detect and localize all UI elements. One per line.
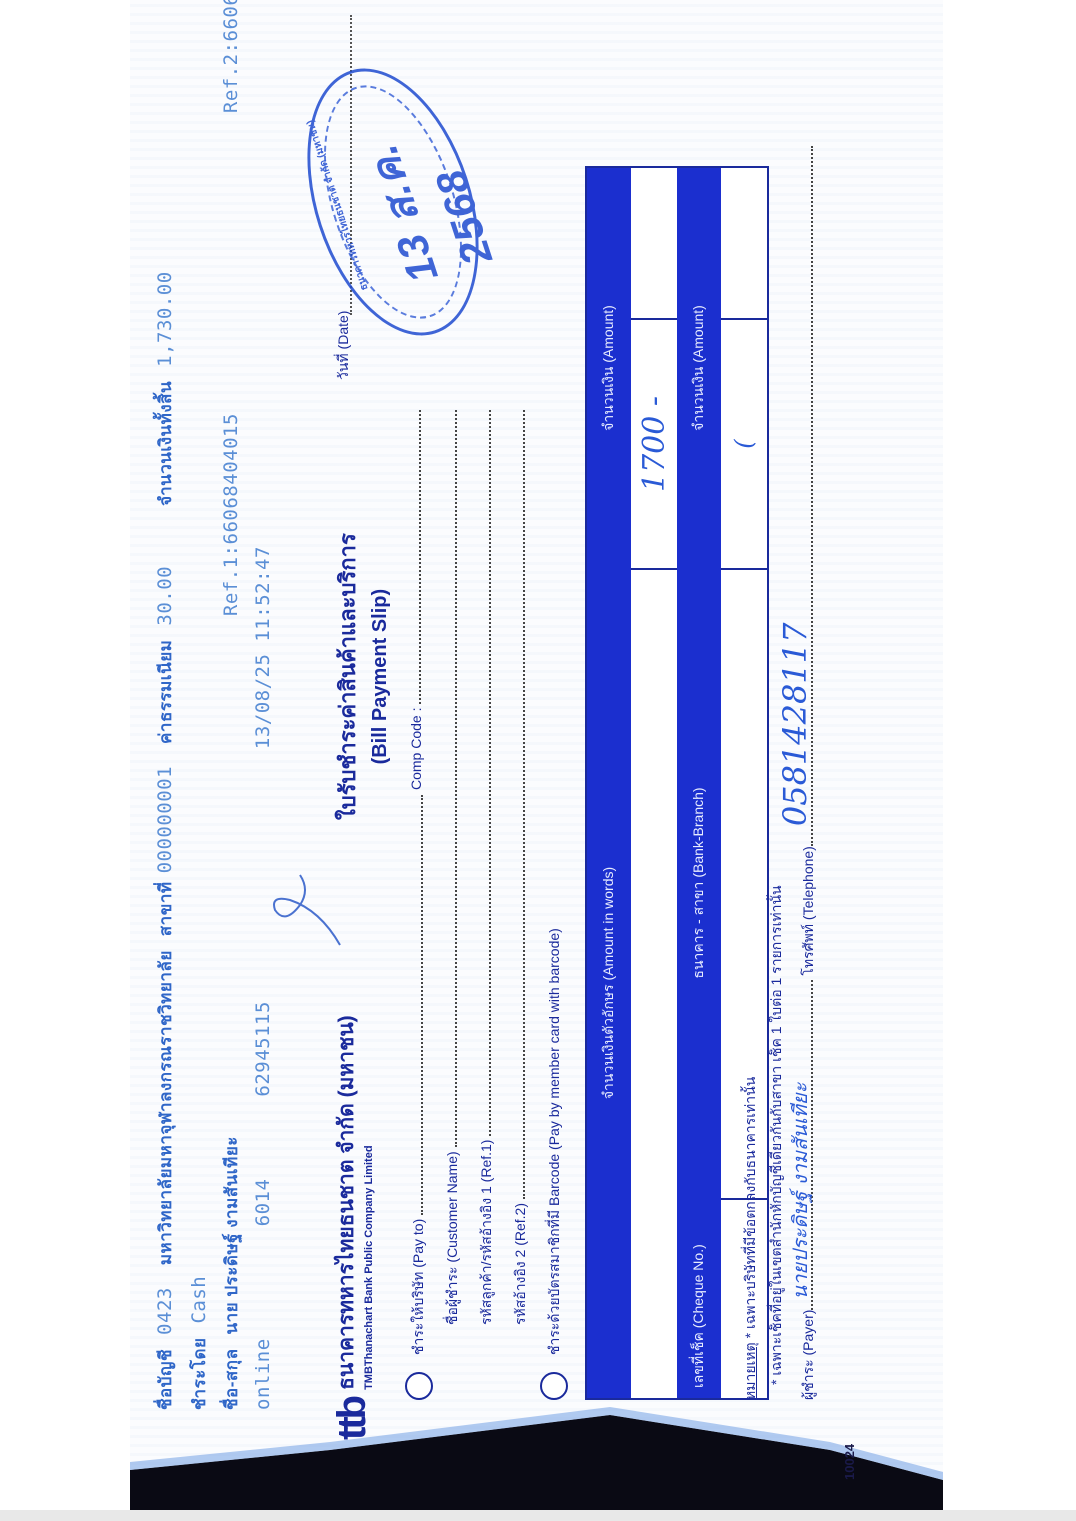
bank-branch-header: ธนาคาร - สาขา (Bank-Branch) bbox=[688, 568, 710, 1198]
customer-name-field[interactable]: ชื่อผู้ชำระ (Customer Name) bbox=[442, 410, 464, 1325]
barcode-option-label: ชำระด้วยบัตรสมาชิกที่มี Barcode (Pay by … bbox=[544, 928, 566, 1355]
table-row: 1700 - bbox=[631, 168, 677, 1398]
print-line-4: online60146294511513/08/25 11:52:47 bbox=[252, 524, 274, 1410]
payer-signature: นายประดิษฐ์ งามสันเทียะ bbox=[784, 1083, 816, 1300]
amount-header: จำนวนเงิน (Amount) bbox=[598, 168, 620, 568]
comp-code-field[interactable]: Comp Code : bbox=[408, 410, 424, 790]
bill-payment-slip: ชื่อบัญชี0423มหาวิทยาลัยมหาจุฬาลงกรณราชว… bbox=[130, 0, 943, 1510]
screen-bottom-bar bbox=[0, 1510, 1076, 1521]
cheque-no-header: เลขที่เช็ค (Cheque No.) bbox=[688, 1198, 710, 1398]
phone-label: โทรศัพท์ (Telephone) bbox=[798, 846, 820, 975]
phone-value: 0581428117 bbox=[776, 623, 814, 827]
amount-field[interactable]: 1700 - bbox=[631, 318, 677, 568]
scanned-document: ชื่อบัญชี0423มหาวิทยาลัยมหาจุฬาลงกรณราชว… bbox=[130, 0, 943, 1510]
print-line-3: ชื่อ-สกุลนาย ประดิษฐ์ งามสันเทียะRef.1:6… bbox=[218, 0, 245, 1410]
payer-signature-field[interactable]: นายประดิษฐ์ งามสันเทียะ bbox=[810, 980, 813, 1310]
table-header-row: เลขที่เช็ค (Cheque No.) ธนาคาร - สาขา (B… bbox=[677, 168, 721, 1398]
payer-label: ผู้ชำระ (Payer) bbox=[798, 1310, 820, 1400]
ref1-field[interactable]: รหัสลูกค้า/รหัสอ้างอิง 1 (Ref.1) bbox=[476, 410, 498, 1325]
pay-to-field[interactable]: ชำระให้บริษัท (Pay to) bbox=[408, 795, 430, 1355]
table-header-row: จำนวนเงินตัวอักษร (Amount in words) จำนว… bbox=[587, 168, 631, 1398]
remark-line-1: หมายเหตุ* เฉพาะบริษัทที่มีข้อตกลงกับธนาค… bbox=[740, 1077, 762, 1400]
ref2-field[interactable]: รหัสอ้างอิง 2 (Ref.2) bbox=[510, 410, 532, 1325]
bank-logo: ttb ธนาคารทหารไทยธนชาต จำกัด (มหาชน) TMB… bbox=[330, 1015, 375, 1440]
form-code: 10024 bbox=[842, 1444, 857, 1480]
print-line-1: ชื่อบัญชี0423มหาวิทยาลัยมหาจุฬาลงกรณราชว… bbox=[152, 249, 179, 1410]
amount2-field[interactable]: ( bbox=[721, 318, 767, 568]
date-label: วันที่ (Date) bbox=[333, 311, 355, 380]
teller-initial-mark bbox=[260, 870, 350, 950]
amount-in-words-field[interactable] bbox=[631, 568, 677, 1398]
print-line-2: ชำระโดยCash bbox=[186, 1254, 213, 1410]
barcode-radio[interactable] bbox=[540, 1372, 568, 1400]
bank-received-stamp: ธนาคารทหารไทยธนชาต จำกัด (มหาชน) 13 ส.ค.… bbox=[276, 47, 510, 358]
amount2-satang-field[interactable] bbox=[721, 168, 767, 318]
pay-to-radio[interactable] bbox=[405, 1372, 433, 1400]
slip-title: ใบรับชำระค่าสินค้าและบริการ (Bill Paymen… bbox=[330, 533, 392, 820]
amount-satang-field[interactable] bbox=[631, 168, 677, 318]
amount-in-words-header: จำนวนเงินตัวอักษร (Amount in words) bbox=[598, 568, 620, 1398]
bank-name-th: ธนาคารทหารไทยธนชาต จำกัด (มหาชน) bbox=[330, 1015, 363, 1390]
bank-name-en: TMBThanachart Bank Public Company Limite… bbox=[363, 1015, 375, 1390]
amount2-header: จำนวนเงิน (Amount) bbox=[688, 168, 710, 568]
phone-field[interactable]: 0581428117 bbox=[810, 146, 813, 846]
ttb-logo-icon: ttb bbox=[330, 1398, 375, 1440]
payer-row: ผู้ชำระ (Payer) นายประดิษฐ์ งามสันเทียะ … bbox=[798, 30, 820, 1400]
